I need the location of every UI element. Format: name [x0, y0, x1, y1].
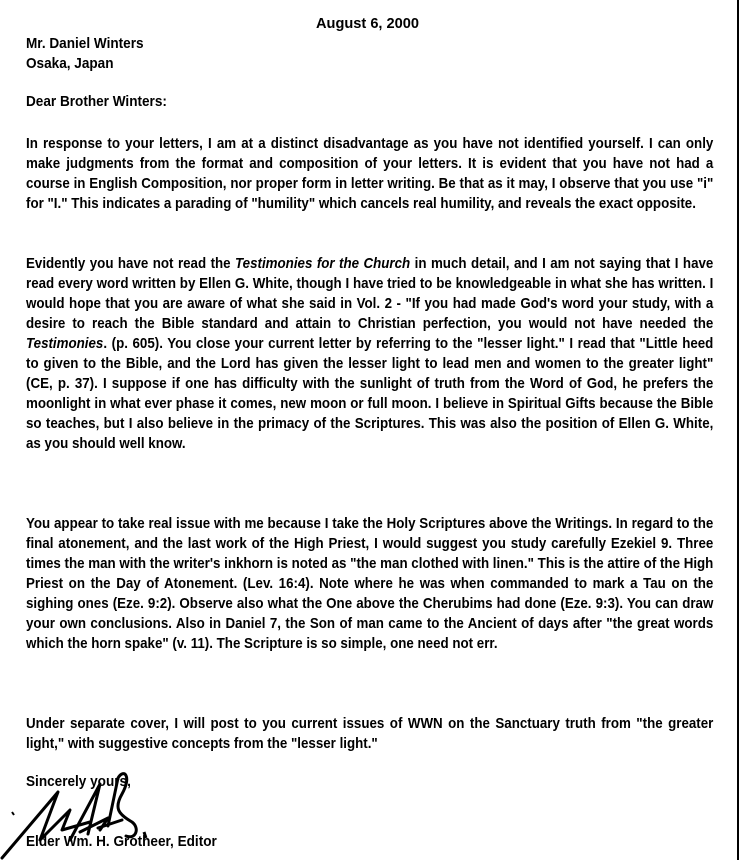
recipient-location: Osaka, Japan: [26, 54, 144, 74]
paragraph-1: In response to your letters, I am at a d…: [26, 134, 713, 214]
handwritten-signature-icon: [0, 770, 220, 860]
paragraph-4-text: Under separate cover, I will post to you…: [26, 716, 713, 752]
book-title-testimonies: Testimonies: [26, 336, 103, 352]
paragraph-4: Under separate cover, I will post to you…: [26, 714, 713, 754]
paragraph-2-text-a: Evidently you have not read the: [26, 256, 235, 272]
salutation: Dear Brother Winters:: [26, 94, 167, 110]
recipient-address: Mr. Daniel Winters Osaka, Japan: [26, 34, 144, 74]
page-edge-rule: [737, 0, 739, 860]
paragraph-1-text: In response to your letters, I am at a d…: [26, 136, 713, 212]
paragraph-3-text: You appear to take real issue with me be…: [26, 516, 713, 652]
paragraph-2: Evidently you have not read the Testimon…: [26, 254, 713, 454]
paragraph-2-text-c: . (p. 605). You close your current lette…: [26, 336, 713, 452]
book-title-testimonies-for-the-church: Testimonies for the Church: [235, 256, 410, 272]
letter-date: August 6, 2000: [316, 16, 419, 32]
paragraph-3: You appear to take real issue with me be…: [26, 514, 713, 654]
recipient-name: Mr. Daniel Winters: [26, 34, 144, 54]
